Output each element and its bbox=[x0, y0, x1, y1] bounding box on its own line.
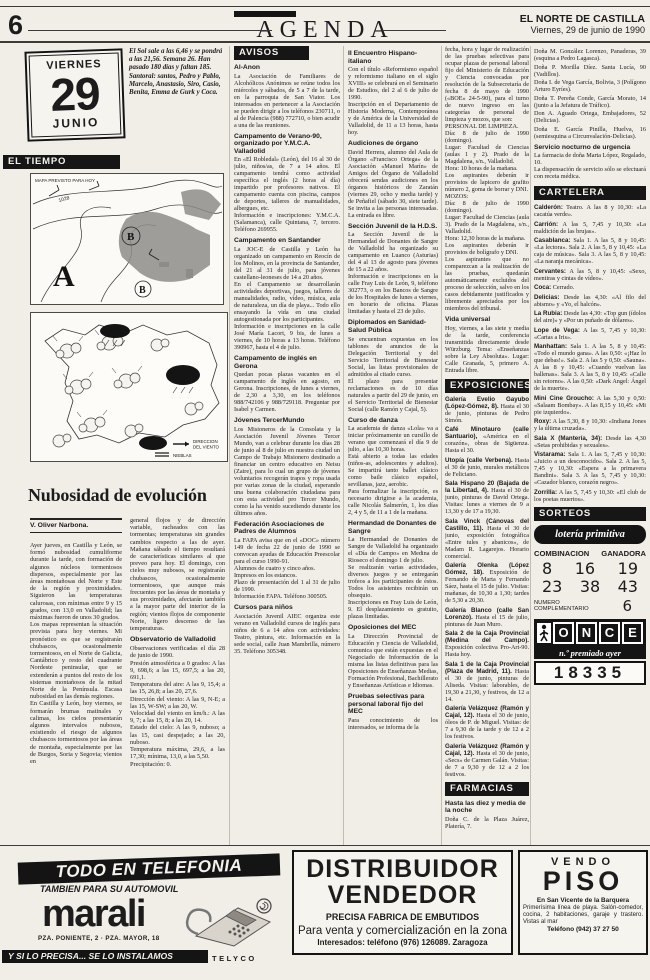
agenda-section: Sección Juvenil de la H.D.S. La Sección … bbox=[348, 223, 438, 316]
agenda-section: II Encuentro Hispano-italiano Con el tít… bbox=[348, 50, 438, 136]
agenda-column-3: fecha, hora y lugar de realización de la… bbox=[445, 46, 529, 846]
section-body: Asociación Juvenil AIEC organiza este ve… bbox=[234, 613, 340, 655]
avisos-header: AVISOS bbox=[234, 46, 309, 60]
exposicion-item: Utopía (calle Verbena). Hasta el 30 de j… bbox=[445, 457, 529, 478]
exposicion-item: Galería Evelio Gayubo (López-Gómez, 8). … bbox=[445, 396, 529, 424]
cinema-name: Cervantes: bbox=[534, 268, 566, 275]
exposicion-item: Galería Velázquez (Ramón y Cajal, 12). H… bbox=[445, 705, 529, 740]
section-heading: Pruebas selectivas para personal laboral… bbox=[348, 693, 438, 716]
section-heading: Campamento de Verano-90, organizado por … bbox=[234, 133, 340, 156]
once-letter: O bbox=[553, 622, 574, 644]
sun-santoral-note: El Sol sale a las 6,46 y se pondrá a las… bbox=[129, 48, 223, 97]
telephone-image bbox=[176, 888, 276, 950]
column-rule-1 bbox=[229, 46, 230, 845]
avisos-sections: Al-Anon La Asociación de Familiares de A… bbox=[234, 64, 340, 655]
cinema-showtimes: Sala 1. A las 5, 8 y 10,45: «Todo el mun… bbox=[534, 343, 646, 392]
night-service-body: La farmacia de doña Marta López, Regalad… bbox=[534, 152, 646, 180]
cinema-name: La Rubia: bbox=[534, 310, 562, 317]
distribuidor-title-1: DISTRIBUIDOR bbox=[294, 856, 511, 882]
distribuidor-subtitle: PRECISA FABRICA DE EMBUTIDOS bbox=[294, 912, 511, 923]
vida-universal-section: Vida universal Hoy, viernes, a las siete… bbox=[445, 316, 529, 374]
lottery-number: 23 bbox=[542, 578, 562, 596]
exposiciones-header: EXPOSICIONES bbox=[445, 379, 529, 393]
calendar-month: JUNIO bbox=[34, 115, 118, 132]
avisos-section: Campamento de inglés en Gerona Quedan po… bbox=[234, 355, 340, 413]
avisos-column: AVISOS Al-Anon La Asociación de Familiar… bbox=[234, 46, 340, 846]
farmacia-first-entry: Doña C. de la Plaza Juárez, Platería, 7. bbox=[445, 816, 529, 830]
section-body: En «El Robledal» (León), del 16 al 30 de… bbox=[234, 156, 340, 233]
cinema-listing: Roxy: A las 5,30, 8 y 10,30: «Indiana Jo… bbox=[534, 418, 646, 432]
agenda-column-2: II Encuentro Hispano-italiano Con el tít… bbox=[348, 46, 438, 846]
page-number: 6 bbox=[8, 12, 23, 39]
cinema-listing: La Rubia: Desde las 4,30: «Top gun (ídol… bbox=[534, 310, 646, 324]
marali-band-top: TODO EN TELEFONIA bbox=[18, 853, 281, 884]
once-logo: ONCE bbox=[534, 619, 646, 647]
comp-label-1: NUMERO bbox=[534, 600, 560, 606]
once-letter: E bbox=[622, 622, 643, 644]
cinema-name: Carrión: bbox=[534, 221, 558, 228]
avisos-section: Federación Asociaciones de Padres de Alu… bbox=[234, 521, 340, 600]
cinema-listing: Carrión: A las 5, 7,45 y 10,30: «La mald… bbox=[534, 221, 646, 235]
high-pressure-symbol: A bbox=[53, 260, 75, 293]
agenda-section: Audiciones de órgano David Herrera, alum… bbox=[348, 140, 438, 219]
marali-ad: TODO EN TELEFONIA TAMBIEN PARA SU AUTOMO… bbox=[0, 850, 286, 972]
agenda-section: Pruebas selectivas para personal laboral… bbox=[348, 693, 438, 731]
once-letter: C bbox=[599, 622, 620, 644]
exposicion-item: Galería Olenka (López Gómez, 18). Exposi… bbox=[445, 562, 529, 604]
farmacias-subhead: Hasta las diez y media de la noche bbox=[445, 800, 529, 815]
marali-band-bottom: Y SI LO PRECISA... SE LO INSTALAMOS bbox=[2, 950, 208, 963]
calendar-inner: VIERNES 29 JUNIO bbox=[29, 52, 122, 137]
avisos-section: Campamento de Verano-90, organizado por … bbox=[234, 133, 340, 234]
section-heading: Campamento en Santander bbox=[234, 237, 340, 245]
section-title: AGENDA bbox=[256, 18, 393, 42]
section-heading: Campamento de inglés en Gerona bbox=[234, 355, 340, 370]
section-body: Los Misioneros de la Consolata y la Asoc… bbox=[234, 426, 340, 517]
farmacia-entry: Doña E. García Pinilla, Huelva, 16 (semi… bbox=[534, 126, 646, 140]
calendar-box: VIERNES 29 JUNIO bbox=[24, 48, 125, 141]
cinema-name: Zorrilla: bbox=[534, 489, 557, 496]
calendar-day-number: 29 bbox=[32, 71, 117, 118]
weather-article-col1: Ayer jueves, en Castilla y León, se form… bbox=[30, 542, 122, 844]
vendo-piso-ad: VENDO PISO En San Vicente de la Barquera… bbox=[518, 850, 648, 955]
section-heading: Al-Anon bbox=[234, 64, 340, 72]
cinema-listing: Cervantes: A las 5, 8 y 10,45: «Sexo, me… bbox=[534, 268, 646, 282]
section-heading: Diplomados en Sanidad-Salud Pública bbox=[348, 319, 438, 334]
cinema-showtimes: Cerrado. bbox=[551, 284, 574, 291]
farmacias-subsection: Hasta las diez y media de la noche Doña … bbox=[445, 800, 529, 830]
section-body: Hoy, viernes, a las siete y media de la … bbox=[445, 325, 529, 374]
section-body: Con el título «Reformismo español y refo… bbox=[348, 66, 438, 136]
section-body: La JOC-E de Castilla y León ha organizad… bbox=[234, 246, 340, 351]
lottery-number: 38 bbox=[580, 578, 600, 596]
exposicion-item: Sala 1 de la Caja Provincial (Plaza de M… bbox=[445, 661, 529, 703]
section-heading: Curso de danza bbox=[348, 417, 438, 425]
exposicion-item: Café Minotauro (calle Santuario), «Améri… bbox=[445, 426, 529, 454]
cinema-listing: Mini Cine Groucho: A las 5,30 y 0,50: «S… bbox=[534, 395, 646, 416]
el-tiempo-header: EL TIEMPO bbox=[3, 155, 120, 169]
marali-logo: marali bbox=[42, 896, 145, 932]
cinema-listing: Zorrilla: A las 5, 7,45 y 10,30: «El clu… bbox=[534, 489, 646, 503]
exposicion-item: Sala Hispano 20 (Bajada de la Libertad, … bbox=[445, 480, 529, 515]
column-rule-3 bbox=[441, 46, 442, 845]
cinema-name: Coca: bbox=[534, 284, 551, 291]
gallery-name: Sala 2 de la Caja Provincial (Medina del… bbox=[445, 630, 529, 644]
observatory-data: Observaciones verificadas el día 28 de j… bbox=[130, 645, 225, 767]
agenda-section: Oposiciones del MEC La Dirección Provinc… bbox=[348, 624, 438, 689]
wind-label-line2: DEL VIENTO bbox=[193, 445, 219, 450]
agenda-section: Curso de danza La academia de danza «Lol… bbox=[348, 417, 438, 517]
weather-article-col2: general flojos y de dirección variable, … bbox=[130, 517, 225, 845]
masthead: EL NORTE DE CASTILLA Viernes, 29 de juni… bbox=[445, 13, 645, 36]
once-letter: N bbox=[576, 622, 597, 644]
complementary-value: 6 bbox=[622, 599, 632, 614]
agenda-section: Hermandad de Donantes de Sangre La Herma… bbox=[348, 520, 438, 620]
wind-direction-legend: DIRECCION DEL VIENTO bbox=[173, 439, 219, 450]
section-body: La academia de danza «Lola» va a iniciar… bbox=[348, 425, 438, 516]
cinema-name: Calderón: bbox=[534, 204, 563, 211]
lottery-number: 43 bbox=[618, 578, 638, 596]
isobar-value-label: 1028 bbox=[58, 195, 71, 204]
wind-label-line1: DIRECCION bbox=[193, 439, 218, 444]
lottery-number: 8 bbox=[542, 560, 552, 578]
distribuidor-ad: DISTRIBUIDOR VENDEDOR PRECISA FABRICA DE… bbox=[292, 850, 513, 955]
farmacias-header: FARMACIAS bbox=[445, 782, 529, 796]
complementary-number: NUMERO COMPLEMENTARIO 6 bbox=[534, 599, 646, 614]
section-heading: Oposiciones del MEC bbox=[348, 624, 438, 632]
fog-label: NIEBLAS bbox=[173, 453, 192, 458]
section-body: Se encuentran expuestas en los tablones … bbox=[348, 336, 438, 413]
avisos-section: Al-Anon La Asociación de Familiares de A… bbox=[234, 64, 340, 129]
isobar-map-svg: MAPA PREVISTO PARA HOY 1028 A B B bbox=[31, 174, 223, 304]
cinema-listing: Sala X (Mantería, 34): Desde las 4,30 «S… bbox=[534, 435, 646, 449]
newspaper-page: 6 AGENDA EL NORTE DE CASTILLA Viernes, 2… bbox=[0, 0, 650, 980]
section-heading: Vida universal bbox=[445, 316, 529, 324]
section-body: La Sección Juvenil de la Hermandad de Do… bbox=[348, 231, 438, 315]
cinema-listing: Calderón: Teatro. A las 8 y 10,30: «La c… bbox=[534, 204, 646, 218]
farmacia-entry: Don A. Aguado Ortega, Embajadores, 52 (D… bbox=[534, 110, 646, 124]
weather-article-col2-text: general flojos y de dirección variable, … bbox=[130, 517, 225, 632]
cloud-map-svg: DIRECCION DEL VIENTO NIEBLAS bbox=[31, 313, 227, 461]
exposicion-item: Sala Vinck (Cánovas del Castillo, 11). H… bbox=[445, 518, 529, 560]
farmacia-entry: Doña M. González Lorenzo, Panaderas, 39 … bbox=[534, 48, 646, 62]
lottery-number: 16 bbox=[575, 560, 595, 578]
night-service-section: Servicio nocturno de urgencia La farmaci… bbox=[534, 144, 646, 181]
avisos-section: Jóvenes TercerMundo Los Misioneros de la… bbox=[234, 417, 340, 517]
once-letters: ONCE bbox=[553, 622, 643, 644]
agenda-section: Diplomados en Sanidad-Salud Pública Se e… bbox=[348, 319, 438, 412]
distribuidor-contact: Interesados: teléfono (976) 126089. Zara… bbox=[294, 938, 511, 948]
exposicion-item: Sala 2 de la Caja Provincial (Medina del… bbox=[445, 630, 529, 658]
cinema-name: Roxy: bbox=[534, 418, 551, 425]
section-heading: Hermandad de Donantes de Sangre bbox=[348, 520, 438, 535]
cinema-name: Lope de Vega: bbox=[534, 327, 580, 334]
cartelera-list: Calderón: Teatro. A las 8 y 10,30: «La c… bbox=[534, 204, 646, 503]
observatory-title: Observatorio de Valladolid bbox=[130, 636, 225, 644]
cinema-listing: Manhattan: Sala 1. A las 5, 8 y 10,45: «… bbox=[534, 343, 646, 392]
cinema-name: Casablanca: bbox=[534, 237, 570, 244]
avisos-section: Campamento en Santander La JOC-E de Cast… bbox=[234, 237, 340, 351]
ads-separator-rule bbox=[0, 845, 650, 846]
exposicion-item: Galería Velázquez (Ramón y Cajal, 12). H… bbox=[445, 743, 529, 778]
marali-address: PZA. PONIENTE, 2 · PZA. MAYOR, 18 bbox=[38, 935, 160, 943]
section-body: Quedan pocas plazas vacantes en el campa… bbox=[234, 371, 340, 413]
piso-location: En San Vicente de la Barquera bbox=[520, 897, 646, 905]
low-pressure-symbol-1: B bbox=[127, 231, 135, 243]
fog-legend: NIEBLAS bbox=[155, 453, 192, 458]
piso-description: Primerísima línea de playa. Salón-comedo… bbox=[520, 905, 646, 926]
once-winning-number: 18335 bbox=[534, 661, 646, 685]
cinema-listing: Lope de Vega: A las 5, 7,45 y 10,30: «Ca… bbox=[534, 327, 646, 341]
farmacia-entry: Doña T. Pereña Conde, García Morato, 14 … bbox=[534, 95, 646, 109]
edition-date: Viernes, 29 de junio de 1990 bbox=[445, 25, 645, 36]
mec-continuation: fecha, hora y lugar de realización de la… bbox=[445, 46, 529, 312]
section-body: La Hermandad de Donantes de Sangre de Va… bbox=[348, 536, 438, 620]
exposiciones-list: Galería Evelio Gayubo (López-Gómez, 8). … bbox=[445, 396, 529, 778]
cinema-listing: Casablanca: Sala 1. A las 5, 8 y 10,45: … bbox=[534, 237, 646, 265]
section-heading: II Encuentro Hispano-italiano bbox=[348, 50, 438, 65]
farmacias-list: Doña M. González Lorenzo, Panaderas, 39 … bbox=[534, 48, 646, 140]
cinema-name: Mini Cine Groucho: bbox=[534, 395, 594, 402]
complementary-label: NUMERO COMPLEMENTARIO bbox=[534, 600, 589, 613]
low-pressure-symbol-2: B bbox=[139, 285, 146, 296]
farmacia-entry: Doña P. Morilla Díez. Santa Lucía, 90 (V… bbox=[534, 64, 646, 78]
gallery-info: Exposición colectiva Pro-Art-90. Hasta h… bbox=[445, 644, 529, 658]
cinema-listing: Coca: Cerrado. bbox=[534, 284, 646, 291]
weather-map-region: DIRECCION DEL VIENTO NIEBLAS bbox=[30, 312, 228, 462]
section-body: David Herrera, alumno del Aula de Órgano… bbox=[348, 149, 438, 219]
section-heading: Cursos para niños bbox=[234, 604, 340, 612]
cinema-showtimes: A las 5,30, 8 y 10,30: «Indiana Jones y … bbox=[534, 418, 646, 432]
cinema-listing: Delicias: Desde las 4,30: «Al filo del a… bbox=[534, 294, 646, 308]
once-figure-icon bbox=[537, 623, 551, 643]
weather-headline: Nubosidad de evolución bbox=[28, 486, 226, 505]
combinacion-ganadora-label: COMBINACION GANADORA bbox=[534, 549, 646, 558]
combo-word-1: COMBINACION bbox=[534, 549, 589, 558]
map-title-label: MAPA PREVISTO PARA HOY bbox=[35, 178, 95, 183]
farmacia-entry: Doña I. de Vega García, Bolivia, 3 (Polí… bbox=[534, 79, 646, 93]
exposicion-item: Galería Blanco (calle San Lorenzo). Hast… bbox=[445, 607, 529, 628]
weather-map-forecast: MAPA PREVISTO PARA HOY 1028 A B B bbox=[30, 173, 224, 305]
distribuidor-title-2: VENDEDOR bbox=[294, 882, 511, 908]
piso-title-2: PISO bbox=[520, 868, 646, 895]
cinema-name: Sala X (Mantería, 34): bbox=[534, 435, 602, 442]
section-body: La Dirección Provincial de Educación y C… bbox=[348, 633, 438, 689]
distribuidor-line: Para venta y comercialización en la zona bbox=[294, 925, 511, 938]
column-rule-4 bbox=[530, 46, 531, 845]
once-tagline: n.º premiado ayer bbox=[534, 647, 646, 659]
sorteos-header: SORTEOS bbox=[534, 507, 646, 521]
section-body: La FAPA avisa que en el «DOC» número 149… bbox=[234, 537, 340, 600]
section-heading: Audiciones de órgano bbox=[348, 140, 438, 148]
section-heading: Jóvenes TercerMundo bbox=[234, 417, 340, 425]
avisos-section: Cursos para niños Asociación Juvenil AIE… bbox=[234, 604, 340, 655]
header-bottom-rule bbox=[0, 41, 650, 43]
section-body: Para conocimiento de los interesados, se… bbox=[348, 717, 438, 731]
section-heading: Federación Asociaciones de Padres de Alu… bbox=[234, 521, 340, 536]
cartelera-header: CARTELERA bbox=[534, 186, 646, 200]
section-heading: Sección Juvenil de la H.D.S. bbox=[348, 223, 438, 231]
comp-label-2: COMPLEMENTARIO bbox=[534, 606, 589, 612]
agenda2-sections: II Encuentro Hispano-italiano Con el tít… bbox=[348, 50, 438, 731]
section-body: La Asociación de Familiares de Alcohólic… bbox=[234, 73, 340, 129]
right-column: Doña M. González Lorenzo, Panaderas, 39 … bbox=[534, 46, 646, 846]
lottery-number: 19 bbox=[618, 560, 638, 578]
piso-phone: Teléfono (942) 37 27 50 bbox=[520, 926, 646, 934]
loteria-primitiva-logo: lotería primitiva bbox=[534, 525, 646, 544]
top-rule bbox=[0, 6, 650, 7]
cinema-name: Manhattan: bbox=[534, 343, 567, 350]
night-service-heading: Servicio nocturno de urgencia bbox=[534, 144, 646, 152]
header-rule-right bbox=[382, 30, 446, 31]
winning-numbers-row2: 233843 bbox=[534, 578, 646, 596]
newspaper-name: EL NORTE DE CASTILLA bbox=[445, 13, 645, 25]
cinema-listing: Vistarama: Sala 1. A las 5, 7,45 y 10,30… bbox=[534, 451, 646, 486]
weather-byline: V. Oliver Narbona. bbox=[30, 518, 122, 533]
cinema-name: Vistarama: bbox=[534, 451, 566, 458]
cinema-name: Delicias: bbox=[534, 294, 559, 301]
combo-word-2: GANADORA bbox=[601, 549, 646, 558]
winning-numbers-row1: 81619 bbox=[534, 560, 646, 578]
column-rule-2 bbox=[343, 46, 344, 845]
gallery-name: Utopía (calle Verbena). bbox=[445, 457, 513, 464]
telyco-brand: TELYCO bbox=[212, 954, 257, 963]
header-rule-left bbox=[28, 30, 272, 31]
